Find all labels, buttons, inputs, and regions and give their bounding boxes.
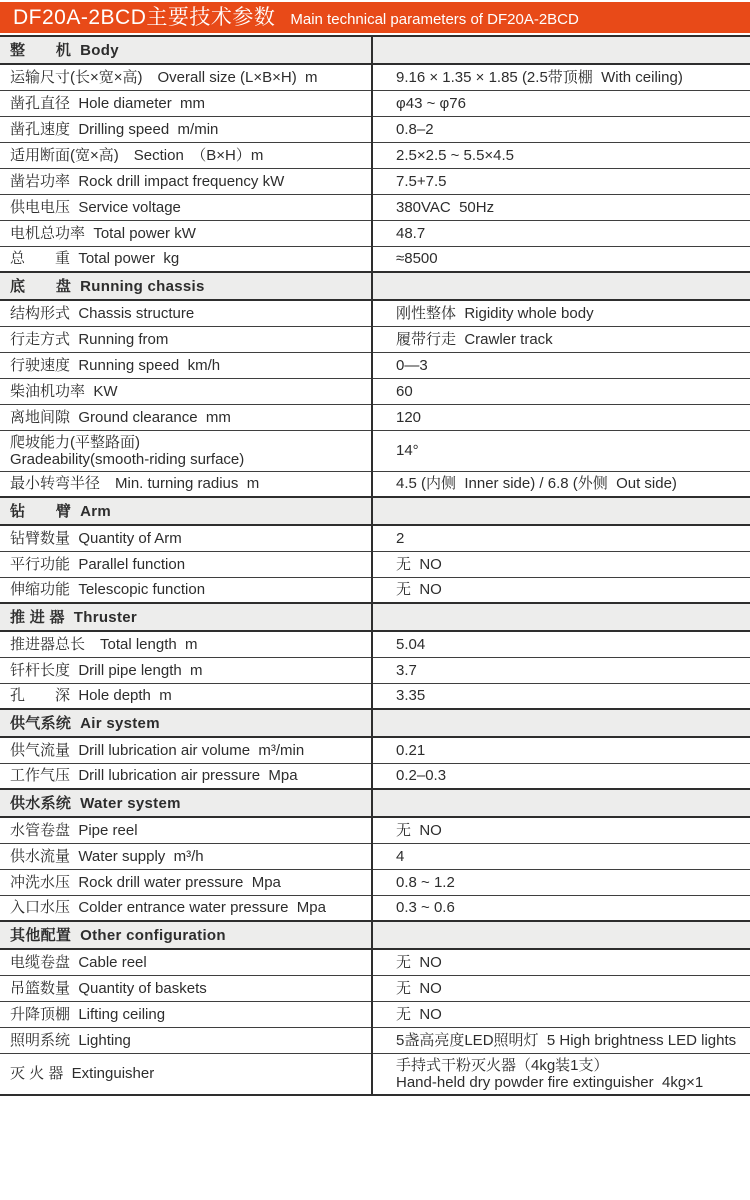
param-value: ≈8500	[372, 246, 750, 272]
param-value: 4.5 (内侧 Inner side) / 6.8 (外侧 Out side)	[372, 471, 750, 497]
param-value: 0—3	[372, 352, 750, 378]
table-row: 吊篮数量 Quantity of baskets无 NO	[0, 975, 750, 1001]
table-row: 离地间隙 Ground clearance mm120	[0, 404, 750, 430]
table-row: 钎杆长度 Drill pipe length m3.7	[0, 657, 750, 683]
table-row: 运输尺寸(长×宽×高) Overall size (L×B×H) m9.16 ×…	[0, 64, 750, 90]
section-title: 整 机 Body	[0, 36, 372, 64]
page-subtitle: Main technical parameters of DF20A-2BCD	[290, 11, 578, 28]
param-value: 0.8 ~ 1.2	[372, 869, 750, 895]
table-row: 水管卷盘 Pipe reel无 NO	[0, 817, 750, 843]
param-value: 120	[372, 404, 750, 430]
section-value-spacer	[372, 497, 750, 525]
param-label: 适用断面(宽×高) Section （B×H）m	[0, 142, 372, 168]
param-value: 刚性整体 Rigidity whole body	[372, 300, 750, 326]
param-label: 钎杆长度 Drill pipe length m	[0, 657, 372, 683]
param-label: 供水流量 Water supply m³/h	[0, 843, 372, 869]
param-label: 升降顶棚 Lifting ceiling	[0, 1001, 372, 1027]
param-label: 总 重 Total power kg	[0, 246, 372, 272]
param-value: 380VAC 50Hz	[372, 194, 750, 220]
param-label: 钻臂数量 Quantity of Arm	[0, 525, 372, 551]
param-label: 电缆卷盘 Cable reel	[0, 949, 372, 975]
param-label: 供气流量 Drill lubrication air volume m³/min	[0, 737, 372, 763]
table-row: 工作气压 Drill lubrication air pressure Mpa0…	[0, 763, 750, 789]
section-title: 推 进 器 Thruster	[0, 603, 372, 631]
spec-table: 整 机 Body运输尺寸(长×宽×高) Overall size (L×B×H)…	[0, 35, 750, 1096]
param-value: 5盏高亮度LED照明灯 5 High brightness LED lights	[372, 1027, 750, 1053]
param-value: 0.8–2	[372, 116, 750, 142]
table-row: 灭 火 器 Extinguisher手持式干粉灭火器（4kg装1支） Hand-…	[0, 1053, 750, 1095]
param-value: 60	[372, 378, 750, 404]
table-row: 冲洗水压 Rock drill water pressure Mpa0.8 ~ …	[0, 869, 750, 895]
table-row: 行走方式 Running from履带行走 Crawler track	[0, 326, 750, 352]
param-value: 0.21	[372, 737, 750, 763]
param-value: 2.5×2.5 ~ 5.5×4.5	[372, 142, 750, 168]
param-label: 照明系统 Lighting	[0, 1027, 372, 1053]
param-label: 灭 火 器 Extinguisher	[0, 1053, 372, 1095]
param-value: 3.7	[372, 657, 750, 683]
section-header-body: 整 机 Body	[0, 36, 750, 64]
param-value: 2	[372, 525, 750, 551]
spec-table-body: 整 机 Body运输尺寸(长×宽×高) Overall size (L×B×H)…	[0, 36, 750, 1095]
section-header-water-system: 供水系统 Water system	[0, 789, 750, 817]
param-label: 入口水压 Colder entrance water pressure Mpa	[0, 895, 372, 921]
section-header-thruster: 推 进 器 Thruster	[0, 603, 750, 631]
param-value: 无 NO	[372, 1001, 750, 1027]
param-value: 3.35	[372, 683, 750, 709]
section-header-air-system: 供气系统 Air system	[0, 709, 750, 737]
param-value: 无 NO	[372, 949, 750, 975]
param-label: 凿岩功率 Rock drill impact frequency kW	[0, 168, 372, 194]
table-row: 最小转弯半径 Min. turning radius m4.5 (内侧 Inne…	[0, 471, 750, 497]
param-label: 冲洗水压 Rock drill water pressure Mpa	[0, 869, 372, 895]
section-header-chassis: 底 盘 Running chassis	[0, 272, 750, 300]
section-title: 底 盘 Running chassis	[0, 272, 372, 300]
table-row: 供水流量 Water supply m³/h4	[0, 843, 750, 869]
section-value-spacer	[372, 789, 750, 817]
table-row: 凿孔速度 Drilling speed m/min0.8–2	[0, 116, 750, 142]
param-value: 0.2–0.3	[372, 763, 750, 789]
page-title: DF20A-2BCD主要技术参数	[13, 2, 275, 33]
param-label: 离地间隙 Ground clearance mm	[0, 404, 372, 430]
table-row: 推进器总长 Total length m5.04	[0, 631, 750, 657]
param-value: 14°	[372, 430, 750, 471]
param-label: 凿孔速度 Drilling speed m/min	[0, 116, 372, 142]
param-label: 平行功能 Parallel function	[0, 551, 372, 577]
section-header-arm: 钻 臂 Arm	[0, 497, 750, 525]
table-row: 爬坡能力(平整路面) Gradeability(smooth-riding su…	[0, 430, 750, 471]
section-value-spacer	[372, 921, 750, 949]
table-row: 伸缩功能 Telescopic function无 NO	[0, 577, 750, 603]
param-label: 孔 深 Hole depth m	[0, 683, 372, 709]
param-value: 48.7	[372, 220, 750, 246]
param-label: 推进器总长 Total length m	[0, 631, 372, 657]
table-row: 钻臂数量 Quantity of Arm2	[0, 525, 750, 551]
table-row: 行驶速度 Running speed km/h0—3	[0, 352, 750, 378]
table-row: 供气流量 Drill lubrication air volume m³/min…	[0, 737, 750, 763]
table-row: 供电电压 Service voltage380VAC 50Hz	[0, 194, 750, 220]
param-label: 电机总功率 Total power kW	[0, 220, 372, 246]
section-title: 其他配置 Other configuration	[0, 921, 372, 949]
table-row: 结构形式 Chassis structure刚性整体 Rigidity whol…	[0, 300, 750, 326]
table-row: 入口水压 Colder entrance water pressure Mpa0…	[0, 895, 750, 921]
param-label: 爬坡能力(平整路面) Gradeability(smooth-riding su…	[0, 430, 372, 471]
param-label: 水管卷盘 Pipe reel	[0, 817, 372, 843]
param-value: 无 NO	[372, 975, 750, 1001]
param-label: 结构形式 Chassis structure	[0, 300, 372, 326]
param-value: φ43 ~ φ76	[372, 90, 750, 116]
param-value: 7.5+7.5	[372, 168, 750, 194]
param-value: 履带行走 Crawler track	[372, 326, 750, 352]
table-row: 照明系统 Lighting5盏高亮度LED照明灯 5 High brightne…	[0, 1027, 750, 1053]
table-row: 电机总功率 Total power kW48.7	[0, 220, 750, 246]
section-title: 供水系统 Water system	[0, 789, 372, 817]
table-row: 孔 深 Hole depth m3.35	[0, 683, 750, 709]
param-label: 凿孔直径 Hole diameter mm	[0, 90, 372, 116]
param-value: 9.16 × 1.35 × 1.85 (2.5带顶棚 With ceiling)	[372, 64, 750, 90]
param-label: 伸缩功能 Telescopic function	[0, 577, 372, 603]
param-label: 行走方式 Running from	[0, 326, 372, 352]
table-row: 平行功能 Parallel function无 NO	[0, 551, 750, 577]
param-label: 柴油机功率 KW	[0, 378, 372, 404]
table-row: 适用断面(宽×高) Section （B×H）m2.5×2.5 ~ 5.5×4.…	[0, 142, 750, 168]
table-row: 总 重 Total power kg≈8500	[0, 246, 750, 272]
section-title: 供气系统 Air system	[0, 709, 372, 737]
param-value: 4	[372, 843, 750, 869]
table-row: 升降顶棚 Lifting ceiling无 NO	[0, 1001, 750, 1027]
param-value: 手持式干粉灭火器（4kg装1支） Hand-held dry powder fi…	[372, 1053, 750, 1095]
table-row: 电缆卷盘 Cable reel无 NO	[0, 949, 750, 975]
title-bar: DF20A-2BCD主要技术参数 Main technical paramete…	[0, 2, 750, 33]
table-row: 凿岩功率 Rock drill impact frequency kW7.5+7…	[0, 168, 750, 194]
param-value: 0.3 ~ 0.6	[372, 895, 750, 921]
param-label: 工作气压 Drill lubrication air pressure Mpa	[0, 763, 372, 789]
param-label: 最小转弯半径 Min. turning radius m	[0, 471, 372, 497]
param-label: 供电电压 Service voltage	[0, 194, 372, 220]
table-row: 柴油机功率 KW60	[0, 378, 750, 404]
param-value: 无 NO	[372, 551, 750, 577]
param-label: 运输尺寸(长×宽×高) Overall size (L×B×H) m	[0, 64, 372, 90]
section-value-spacer	[372, 709, 750, 737]
table-row: 凿孔直径 Hole diameter mmφ43 ~ φ76	[0, 90, 750, 116]
param-label: 行驶速度 Running speed km/h	[0, 352, 372, 378]
section-header-other-configuration: 其他配置 Other configuration	[0, 921, 750, 949]
spec-sheet-page: DF20A-2BCD主要技术参数 Main technical paramete…	[0, 2, 750, 1096]
section-value-spacer	[372, 36, 750, 64]
param-value: 无 NO	[372, 577, 750, 603]
param-label: 吊篮数量 Quantity of baskets	[0, 975, 372, 1001]
param-value: 5.04	[372, 631, 750, 657]
section-title: 钻 臂 Arm	[0, 497, 372, 525]
param-value: 无 NO	[372, 817, 750, 843]
section-value-spacer	[372, 272, 750, 300]
section-value-spacer	[372, 603, 750, 631]
